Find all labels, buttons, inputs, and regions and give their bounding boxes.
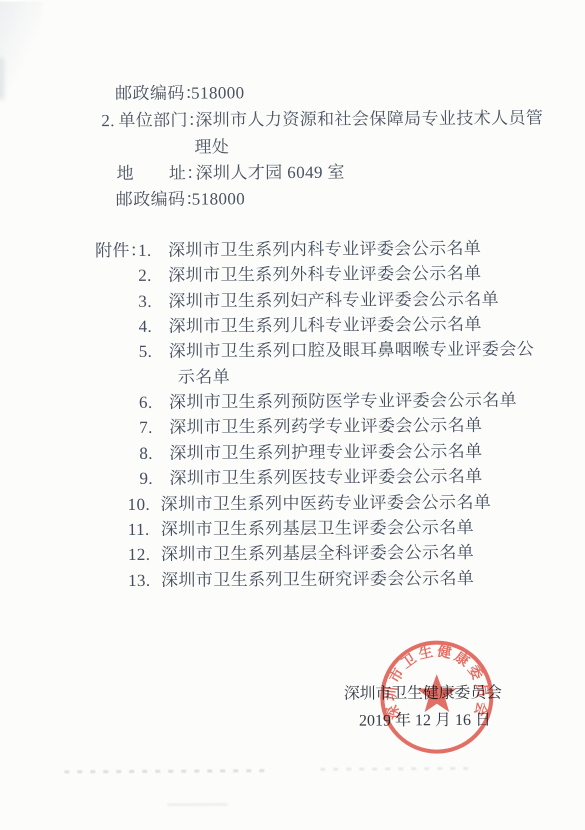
attachment-row-11: 11. 深圳市卫生系列基层卫生评委会公示名单 (1, 518, 585, 544)
attachment-number: 7. (139, 419, 153, 436)
item-number: 2. (101, 112, 115, 129)
scanned-document-page: 邮政编码： 518000 2. 单位部门： 深圳市人力资源和社会保障局专业技术人… (0, 0, 585, 830)
attachment-row-9: 9. 深圳市卫生系列医技专业评委会公示名单 (0, 467, 585, 493)
attachment-number: 2. (138, 267, 152, 284)
scan-speck (167, 803, 227, 805)
attachment-number: 1. (138, 242, 152, 259)
scan-edge-mark (0, 58, 4, 100)
attachment-title: 深圳市卫生系列内科专业评委会公示名单 (168, 240, 481, 259)
attachment-title: 深圳市卫生系列基层卫生评委会公示名单 (161, 519, 474, 538)
attachment-title-continuation: 示名单 (178, 368, 230, 385)
attachment-row-1: 附件： 1. 深圳市卫生系列内科专业评委会公示名单 (0, 239, 584, 265)
postal-code-value: 518000 (191, 84, 245, 101)
attachment-row-12: 12. 深圳市卫生系列基层全科评委会公示名单 (1, 543, 585, 569)
attachment-title: 深圳市卫生系列外科专业评委会公示名单 (168, 265, 481, 284)
attachment-title: 深圳市卫生系列基层全科评委会公示名单 (161, 544, 474, 563)
attachment-number: 10. (128, 496, 151, 513)
attachment-number: 3. (138, 293, 152, 310)
unit-department-value: 深圳市人力资源和社会保障局专业技术人员管 (195, 109, 543, 128)
attachment-title: 深圳市卫生系列药学专业评委会公示名单 (169, 417, 482, 436)
attachment-row-5-wrap: 示名单 (0, 366, 585, 392)
attachment-title: 深圳市卫生系列卫生研究评委会公示名单 (161, 570, 474, 589)
attachment-number: 12. (128, 546, 151, 563)
attachment-number: 4. (138, 318, 152, 335)
attachment-number: 5. (139, 343, 153, 360)
attachment-number: 6. (139, 394, 153, 411)
attachment-title: 深圳市卫生系列医技专业评委会公示名单 (169, 468, 482, 487)
attachment-title: 深圳市卫生系列中医药专业评委会公示名单 (161, 494, 492, 513)
attachment-number: 9. (139, 470, 153, 487)
attachment-row-6: 6. 深圳市卫生系列预防医学专业评委会公示名单 (0, 391, 585, 417)
attachment-title: 深圳市卫生系列妇产科专业评委会公示名单 (168, 291, 499, 310)
attachment-row-7: 7. 深圳市卫生系列药学专业评委会公示名单 (0, 416, 585, 442)
scan-corner-shade (0, 1, 44, 97)
seal-star-icon (417, 674, 457, 712)
attachment-title: 深圳市卫生系列护理专业评委会公示名单 (169, 443, 482, 462)
attachment-row-8: 8. 深圳市卫生系列护理专业评委会公示名单 (0, 442, 585, 468)
attachment-row-3: 3. 深圳市卫生系列妇产科专业评委会公示名单 (0, 290, 584, 316)
attachment-number: 11. (128, 521, 150, 538)
attachment-row-5: 5. 深圳市卫生系列口腔及眼耳鼻咽喉专业评委会公 (0, 340, 585, 366)
official-seal: 深圳市卫生健康委员会 (361, 622, 512, 773)
attachment-title: 深圳市卫生系列儿科专业评委会公示名单 (168, 316, 481, 335)
attachment-number: 8. (139, 445, 153, 462)
postal-code-label: 邮政编码： (115, 85, 202, 103)
unit-department-value-cont: 理处 (194, 138, 229, 155)
attachment-title: 深圳市卫生系列预防医学专业评委会公示名单 (169, 392, 517, 411)
address-label: 地 址： (117, 165, 204, 183)
postal-code-value: 518000 (192, 190, 246, 207)
unit-department-label: 单位部门： (118, 112, 205, 130)
scan-smudge-line (64, 769, 269, 773)
attachment-row-10: 10. 深圳市卫生系列中医药专业评委会公示名单 (1, 493, 585, 519)
attachment-row-4: 4. 深圳市卫生系列儿科专业评委会公示名单 (0, 315, 585, 341)
attachment-number: 13. (128, 572, 151, 589)
address-value: 深圳人才园 6049 室 (196, 164, 345, 182)
attachment-title: 深圳市卫生系列口腔及眼耳鼻咽喉专业评委会公 (169, 341, 535, 360)
postal-code-label: 邮政编码： (116, 191, 203, 209)
attachment-row-13: 13. 深圳市卫生系列卫生研究评委会公示名单 (1, 569, 585, 595)
attachment-row-2: 2. 深圳市卫生系列外科专业评委会公示名单 (0, 264, 584, 290)
